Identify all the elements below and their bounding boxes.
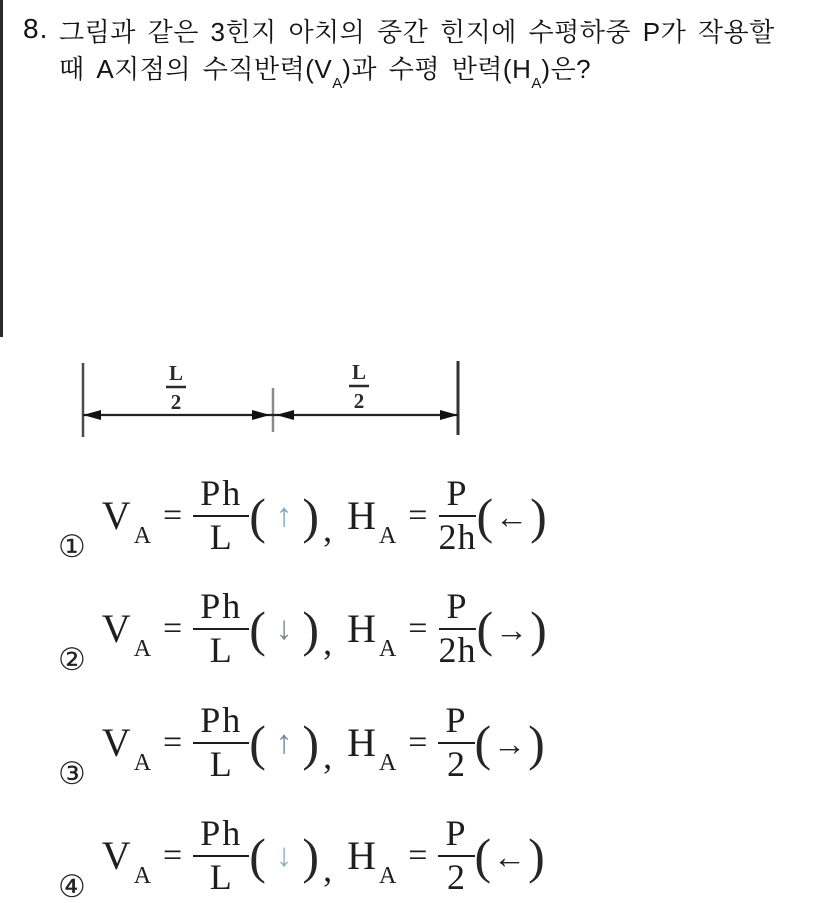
open-paren: ( [475, 718, 492, 768]
option-row-4[interactable]: ④ VA = PhL ( ↓ ) , HA = P2 ( ← ) [52, 808, 545, 903]
va-symbol: VA [102, 836, 152, 876]
arrowhead-right [440, 410, 458, 420]
ha-direction-arrow: ← [493, 842, 526, 875]
ha-denominator: 2h [438, 630, 476, 670]
v-subscript: A [134, 523, 151, 549]
va-symbol: VA [102, 609, 152, 649]
equals-sign: = [408, 612, 427, 646]
ha-numerator: P [438, 702, 474, 744]
h-letter: H [347, 493, 376, 538]
option-row-1[interactable]: ① VA = PhL ( ↑ ) , HA = P2h ( ← ) [52, 468, 547, 564]
ha-symbol: HA [347, 496, 397, 536]
right-span-label-numerator: L [352, 360, 366, 384]
va-direction-arrow: ↑ [276, 500, 293, 533]
ha-denominator: 2 [447, 744, 466, 784]
va-denominator: L [210, 744, 233, 784]
close-paren: ) [528, 718, 545, 768]
va-numerator: Ph [193, 475, 249, 517]
va-fraction: PhL [193, 475, 249, 557]
va-numerator: Ph [193, 815, 249, 857]
h-subscript: A [379, 523, 396, 549]
va-fraction: PhL [193, 588, 249, 670]
h-letter: H [347, 606, 376, 651]
h-subscript: A [379, 636, 396, 662]
ha-symbol: HA [347, 723, 397, 763]
option-4-marker[interactable]: ④ [58, 871, 86, 903]
ha-subscript-inline: A [531, 75, 541, 92]
ha-numerator: P [439, 475, 475, 517]
equals-sign: = [163, 839, 182, 873]
left-span-label-numerator: L [169, 361, 183, 385]
close-paren: ) [530, 604, 547, 654]
option-row-3[interactable]: ③ VA = PhL ( ↑ ) , HA = P2 ( → ) [52, 695, 545, 791]
v-subscript: A [134, 636, 151, 662]
equals-sign: = [408, 726, 427, 760]
ha-symbol: HA [347, 836, 397, 876]
h-letter: H [347, 833, 376, 878]
comma: , [323, 511, 332, 547]
option-3-marker[interactable]: ③ [58, 758, 86, 791]
ha-direction-arrow: → [495, 615, 528, 648]
open-paren: ( [476, 604, 493, 654]
option-1-marker[interactable]: ① [58, 531, 86, 564]
va-numerator: Ph [193, 588, 249, 630]
question-line-2-part1: 때 A지점의 수직반력(V [59, 54, 332, 84]
equals-sign: = [163, 499, 182, 533]
open-paren: ( [249, 604, 266, 654]
ha-denominator: 2 [447, 857, 466, 897]
va-fraction: PhL [193, 702, 249, 784]
table-border-rule [0, 0, 3, 337]
va-direction-arrow: ↓ [276, 613, 293, 646]
question-line-2: 때 A지점의 수직반력(VA)과 수평 반력(HA)은? [59, 51, 591, 98]
close-paren: ) [530, 491, 547, 541]
option-2-marker[interactable]: ② [58, 644, 86, 677]
question-line-1: 그림과 같은 3힌지 아치의 중간 힌지에 수평하중 P가 작용할 [59, 14, 775, 51]
v-letter: V [102, 720, 131, 765]
ha-symbol: HA [347, 609, 397, 649]
ha-fraction: P2 [438, 815, 474, 897]
equals-sign: = [163, 612, 182, 646]
va-direction-arrow: ↓ [276, 840, 293, 873]
open-paren: ( [249, 831, 266, 881]
v-subscript: A [134, 750, 151, 776]
ha-denominator: 2h [438, 517, 476, 557]
question-line-2-part2: )과 수평 반력(H [342, 54, 531, 84]
close-paren: ) [528, 831, 545, 881]
comma: , [323, 624, 332, 660]
h-subscript: A [379, 750, 396, 776]
ha-numerator: P [438, 815, 474, 857]
close-paren: ) [302, 718, 319, 768]
ha-direction-arrow: ← [495, 502, 528, 535]
close-paren: ) [302, 604, 319, 654]
ha-fraction: P2h [438, 475, 476, 557]
question-line-2-part3: )은? [541, 54, 591, 84]
close-paren: ) [302, 491, 319, 541]
ha-direction-arrow: → [493, 729, 526, 762]
va-symbol: VA [102, 496, 152, 536]
va-direction-arrow: ↑ [276, 727, 293, 760]
h-letter: H [347, 720, 376, 765]
arrowhead-mid-left-facing [276, 410, 294, 420]
va-subscript-inline: A [332, 75, 342, 92]
right-span-label-denominator: 2 [354, 389, 365, 413]
ha-numerator: P [439, 588, 475, 630]
open-paren: ( [249, 718, 266, 768]
va-symbol: VA [102, 723, 152, 763]
v-letter: V [102, 606, 131, 651]
question-number: 8. [23, 13, 48, 45]
comma: , [323, 738, 332, 774]
equals-sign: = [163, 726, 182, 760]
arrowhead-mid-right-facing [252, 410, 270, 420]
ha-fraction: P2h [438, 588, 476, 670]
va-numerator: Ph [193, 702, 249, 744]
v-subscript: A [134, 863, 151, 889]
span-dimension-diagram: L 2 L 2 [60, 353, 480, 445]
va-denominator: L [210, 857, 233, 897]
ha-fraction: P2 [438, 702, 474, 784]
open-paren: ( [475, 831, 492, 881]
exam-page: 8. 그림과 같은 3힌지 아치의 중간 힌지에 수평하중 P가 작용할 때 A… [0, 0, 826, 903]
equals-sign: = [408, 499, 427, 533]
h-subscript: A [379, 863, 396, 889]
left-span-label-denominator: 2 [171, 390, 182, 414]
open-paren: ( [249, 491, 266, 541]
va-fraction: PhL [193, 815, 249, 897]
open-paren: ( [476, 491, 493, 541]
v-letter: V [102, 833, 131, 878]
close-paren: ) [302, 831, 319, 881]
option-row-2[interactable]: ② VA = PhL ( ↓ ) , HA = P2h ( → ) [52, 581, 547, 677]
equals-sign: = [408, 839, 427, 873]
v-letter: V [102, 493, 131, 538]
arrowhead-left [83, 410, 101, 420]
va-denominator: L [210, 630, 233, 670]
comma: , [323, 851, 332, 887]
va-denominator: L [210, 517, 233, 557]
